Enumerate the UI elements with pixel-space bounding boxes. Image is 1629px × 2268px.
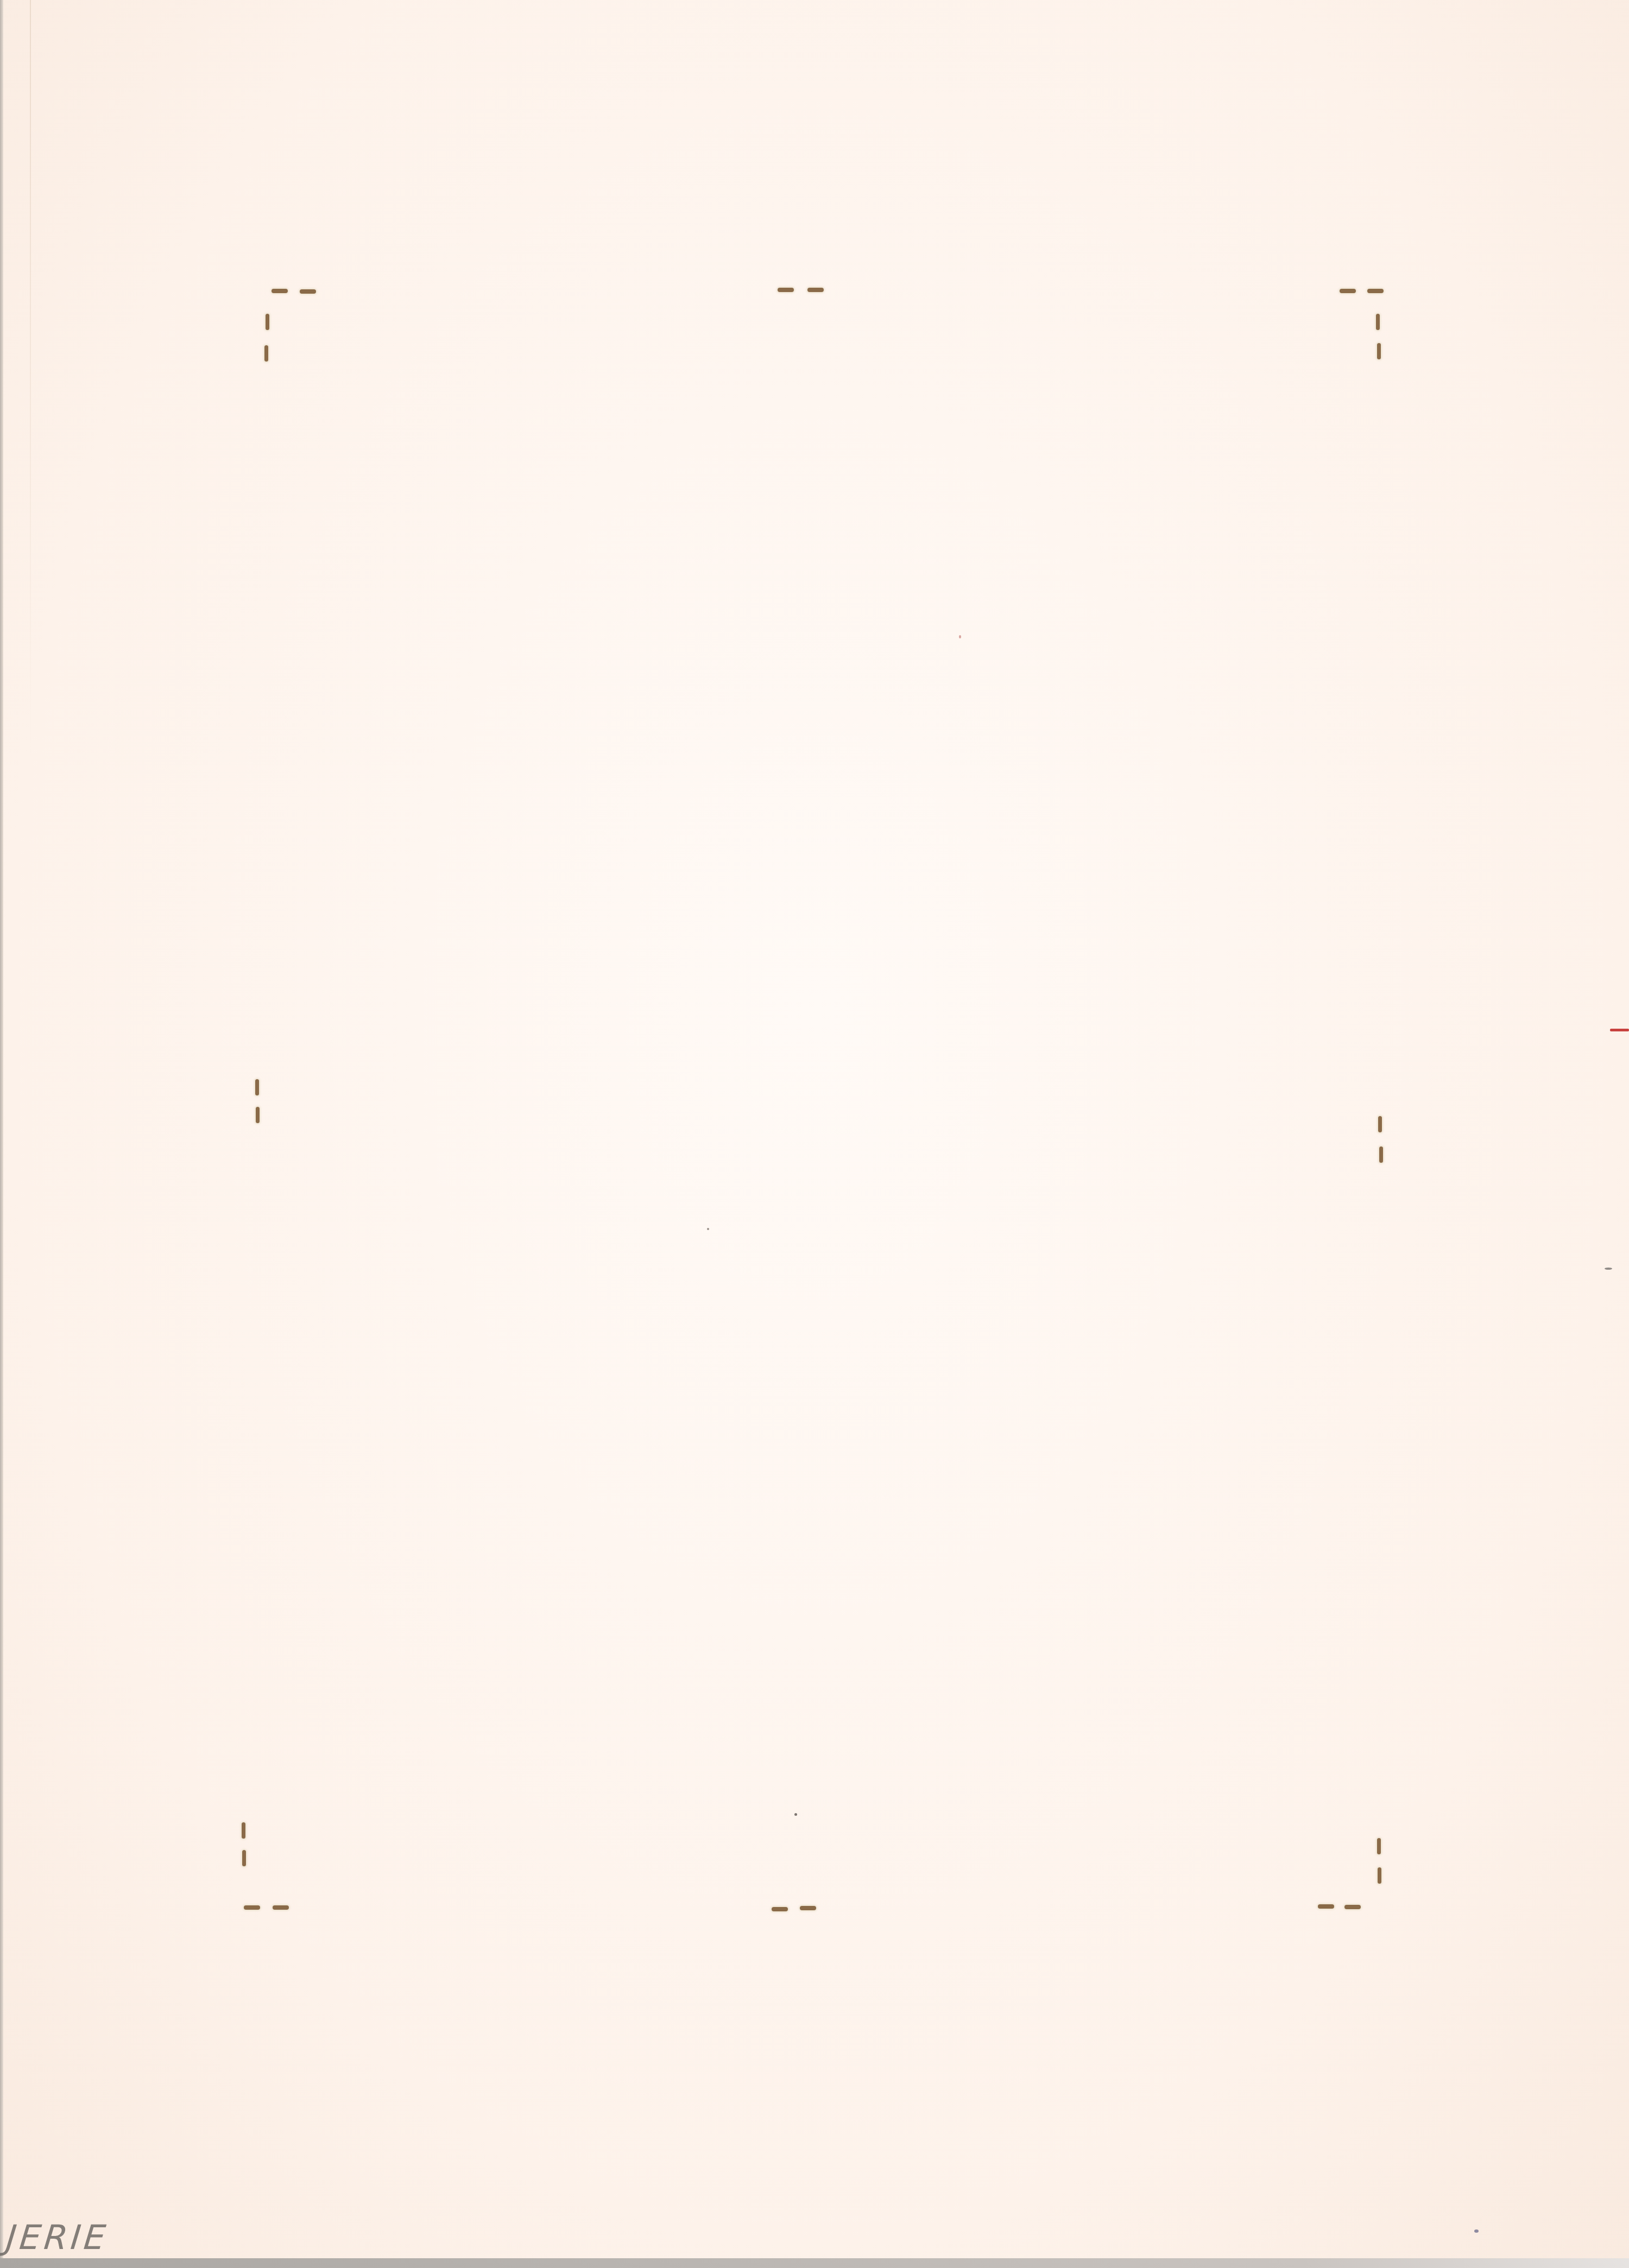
dust-speck [1474, 2229, 1479, 2233]
dust-speck [794, 1813, 797, 1816]
paper-left-edge [0, 0, 3, 2258]
scan-bottom-shadow [0, 2258, 1629, 2268]
dust-speck [1605, 1268, 1612, 1270]
paper-sheet [0, 0, 1629, 2258]
paper-fold-line [30, 0, 31, 760]
red-ink-speck [1610, 1029, 1629, 1031]
dust-speck [707, 1228, 709, 1230]
dust-speck [959, 635, 961, 638]
artist-signature: JERIE [4, 2218, 111, 2257]
